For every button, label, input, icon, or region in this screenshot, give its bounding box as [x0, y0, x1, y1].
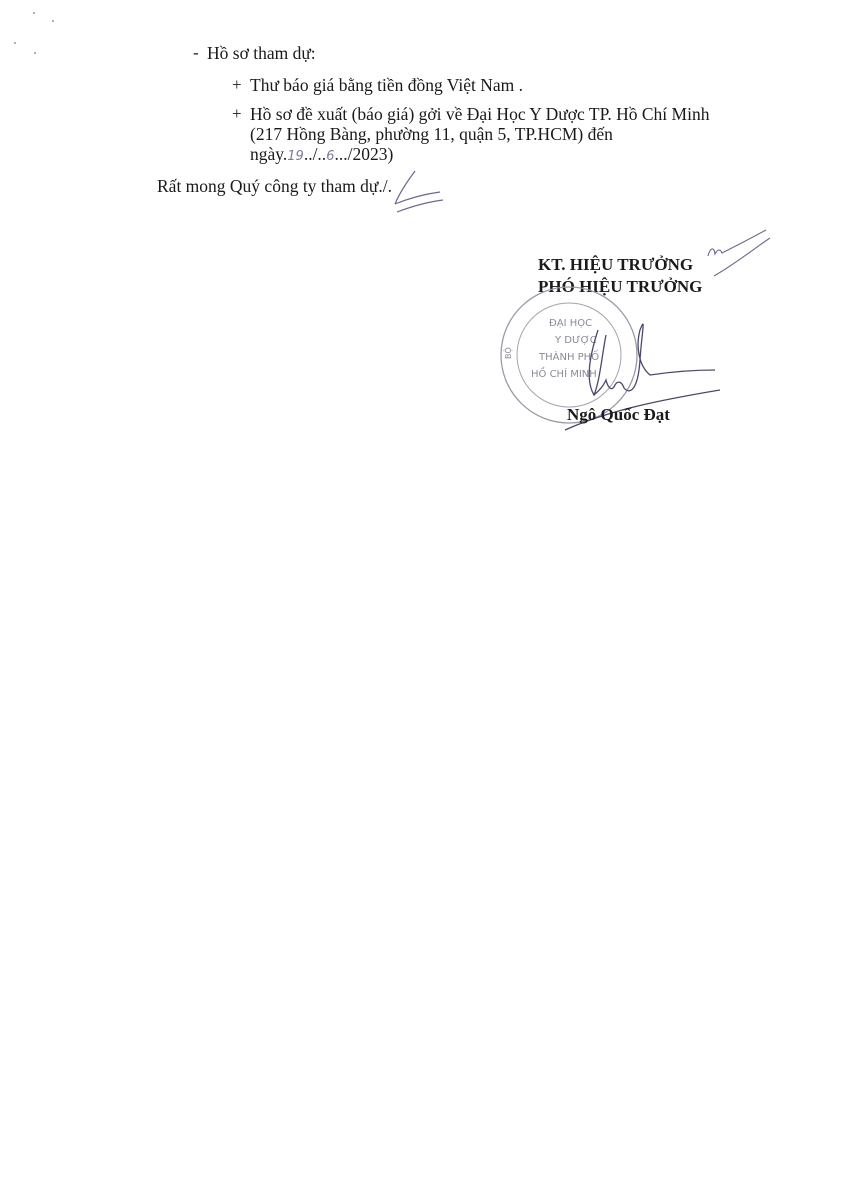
svg-text:BỘ: BỘ [502, 347, 513, 359]
initial-mark-icon [385, 168, 445, 218]
item-submission-line2: (217 Hồng Bàng, phường 11, quận 5, TP.HC… [250, 124, 613, 144]
closing-sentence: Rất mong Quý công ty tham dự./. [157, 176, 392, 196]
dash-bullet: - [193, 43, 199, 63]
scan-speck [52, 20, 54, 22]
item-submission-date: ngày.19../..6.../2023) [250, 144, 393, 167]
plus-bullet: + [232, 104, 242, 124]
item-submission-line1: Hồ sơ đề xuất (báo giá) gởi về Đại Học Y… [250, 104, 709, 124]
item-quote-currency: Thư báo giá bằng tiền đồng Việt Nam . [250, 75, 523, 95]
signer-name: Ngô Quốc Đạt [567, 405, 670, 425]
signature-title-1: KT. HIỆU TRƯỞNG [538, 255, 693, 275]
scan-speck [14, 42, 16, 44]
section-label: Hồ sơ tham dự: [207, 43, 316, 63]
plus-bullet: + [232, 75, 242, 95]
scan-speck [34, 52, 36, 54]
signature-flourish-top-icon [700, 228, 780, 278]
scan-speck [33, 12, 35, 14]
handwritten-day: 19 [287, 149, 304, 164]
